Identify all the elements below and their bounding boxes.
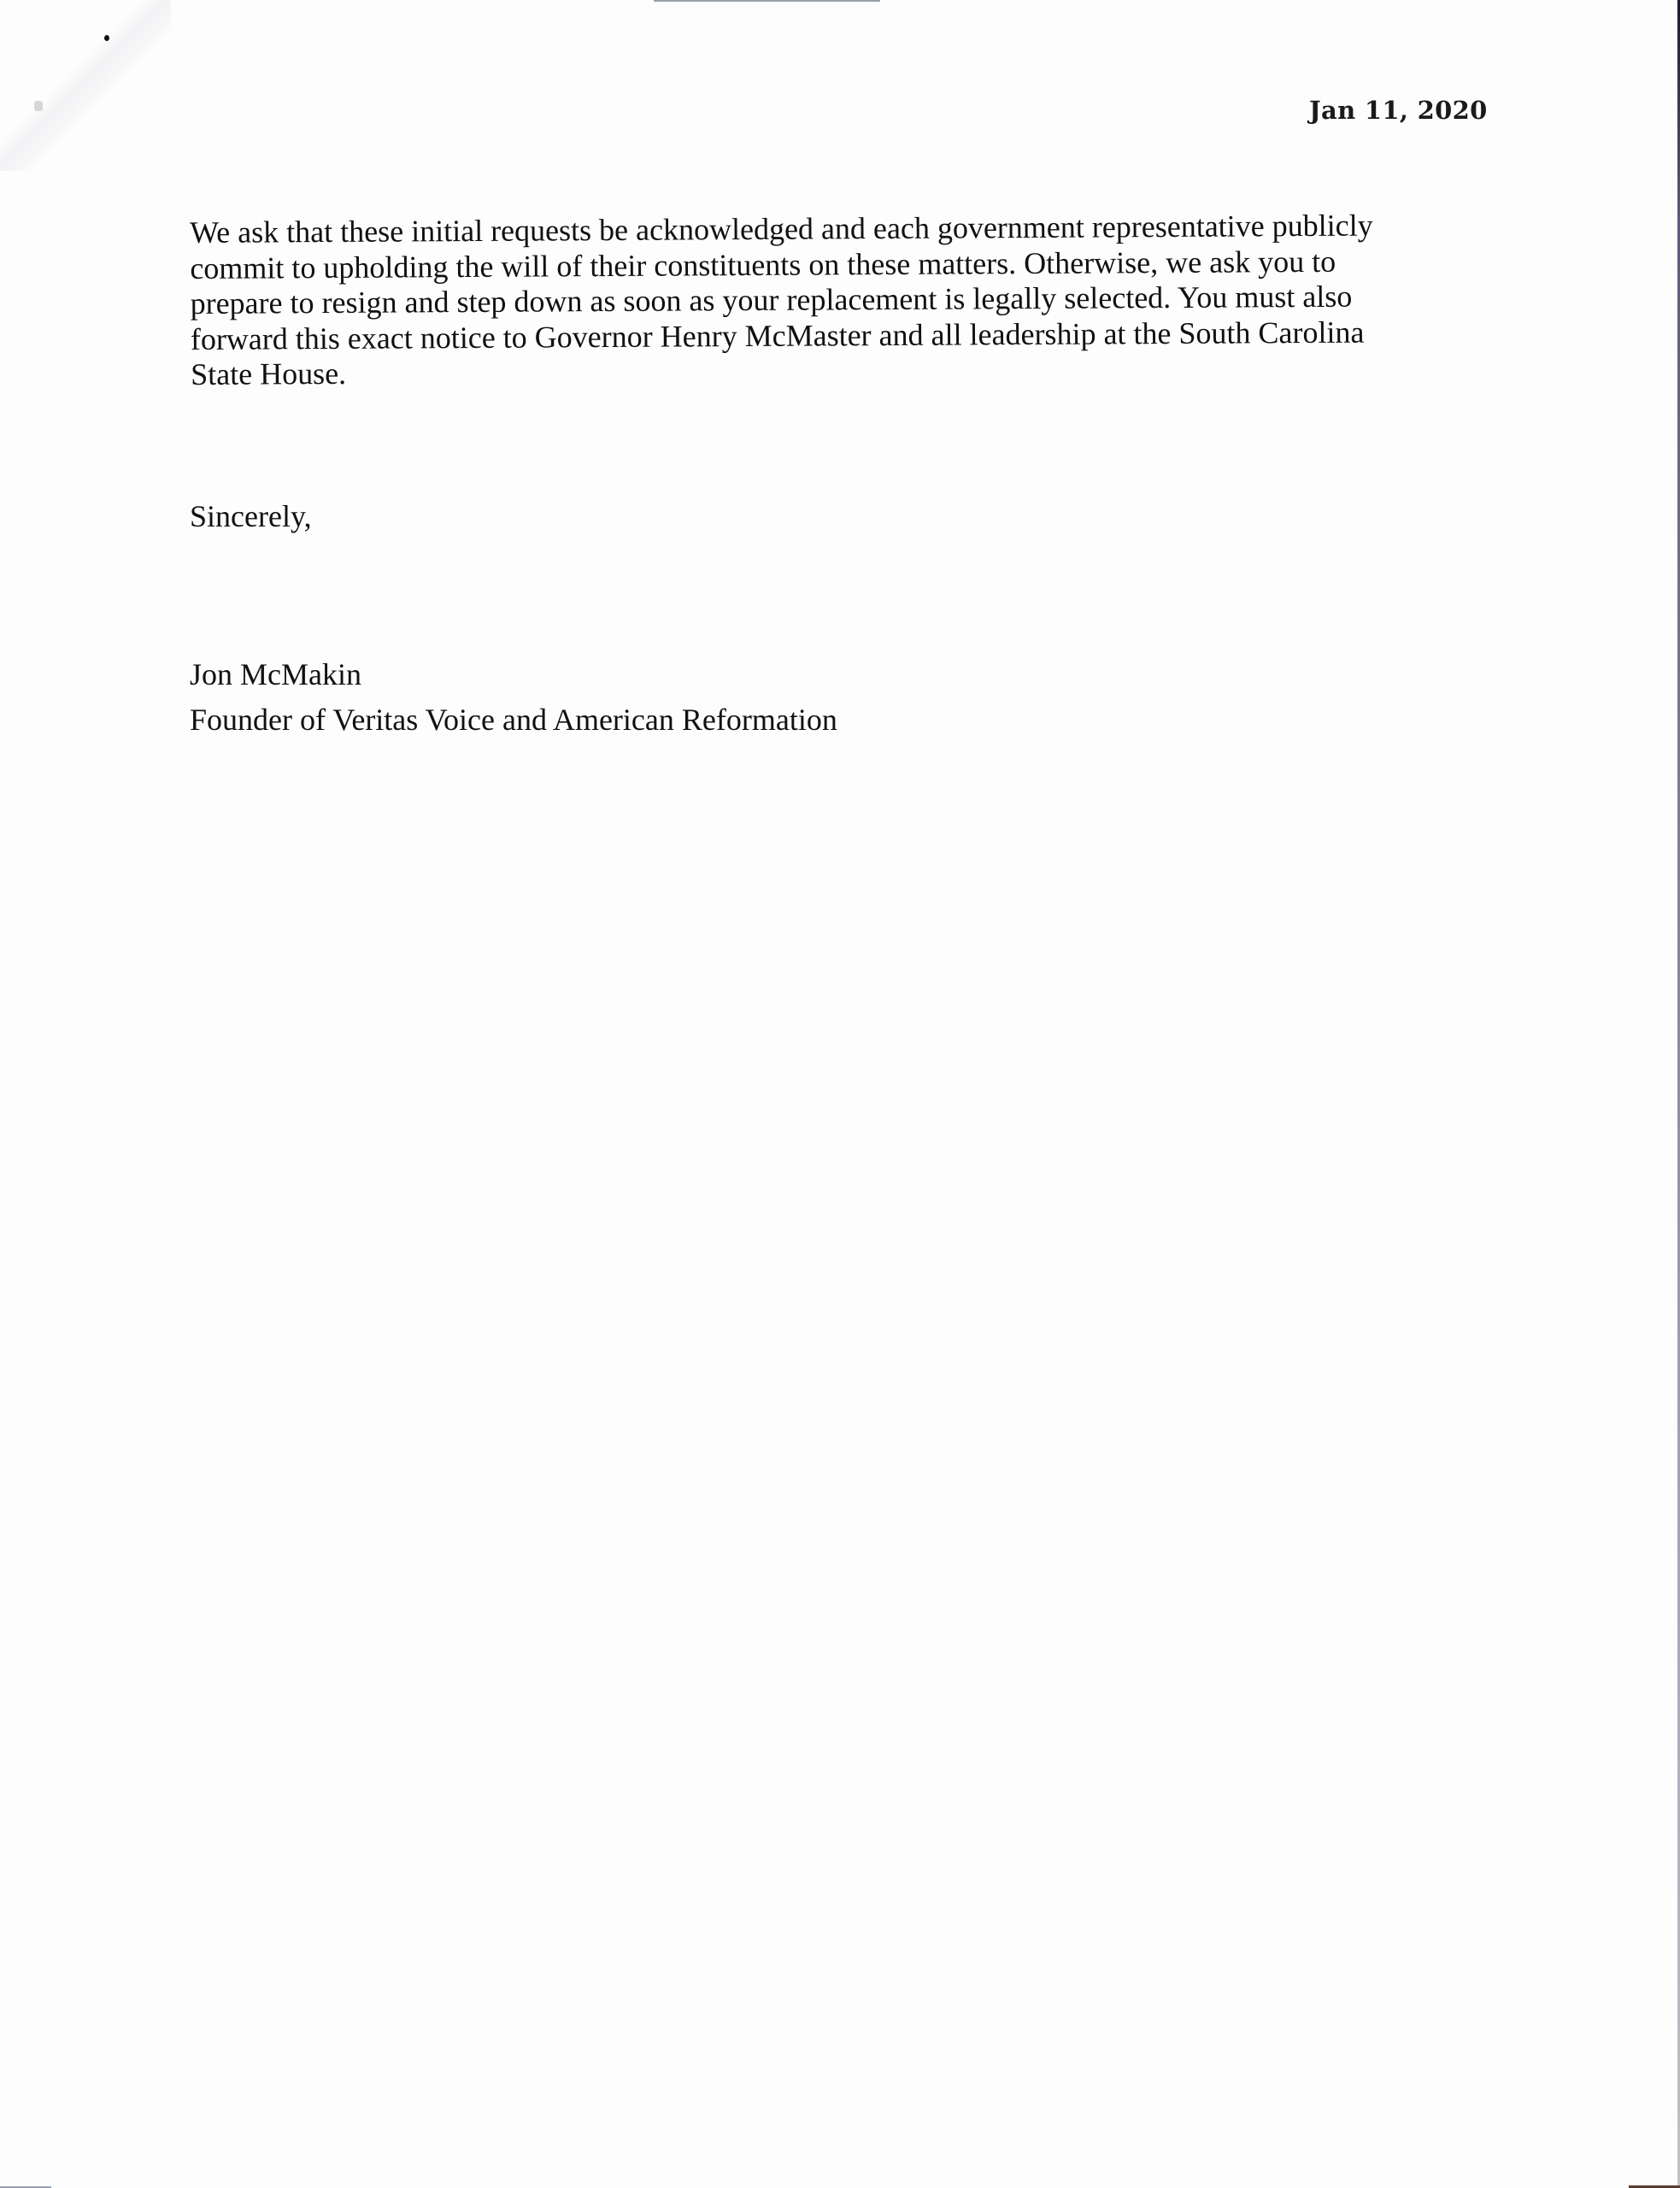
scanned-letter-page: Jan 11, 2020 We ask that these initial r… [0, 0, 1680, 2188]
faint-mark [34, 101, 43, 111]
signature-title: Founder of Veritas Voice and American Re… [190, 702, 837, 738]
ink-speck [104, 35, 109, 41]
scan-edge-top [654, 0, 880, 2]
signature-name: Jon McMakin [190, 656, 361, 692]
scan-smudge [0, 0, 171, 171]
letter-closing: Sincerely, [190, 498, 312, 534]
letter-date: Jan 11, 2020 [1309, 96, 1488, 125]
letter-body-paragraph: We ask that these initial requests be ac… [190, 208, 1507, 393]
